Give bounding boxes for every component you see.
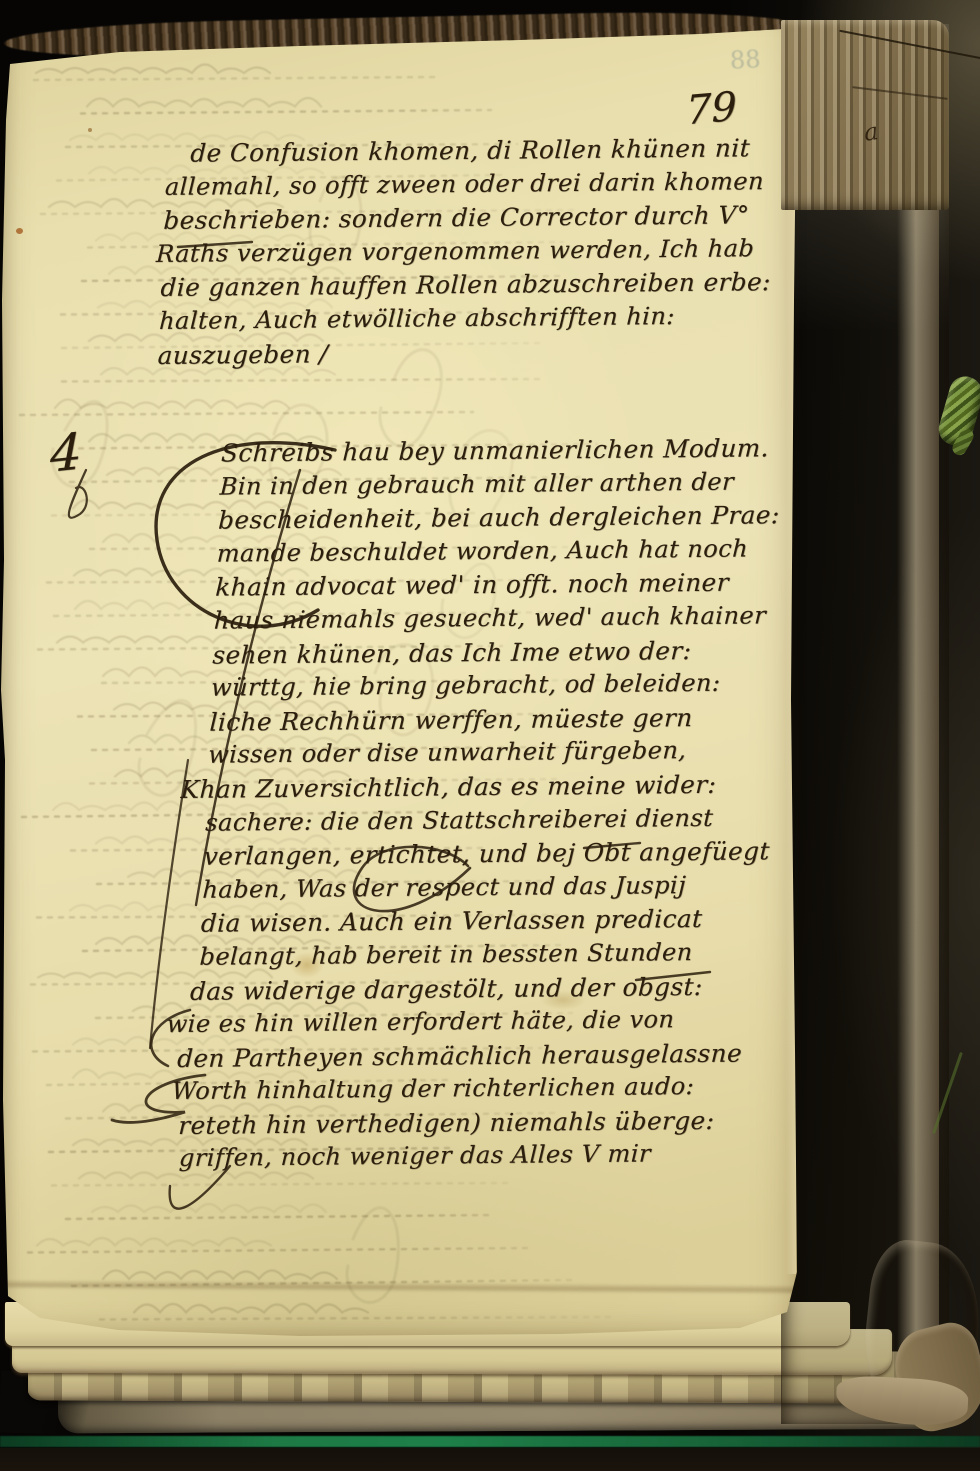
table-edge-stripe <box>0 1436 980 1447</box>
manuscript-line: Worth hinhaltung der richterlichen audo: <box>171 1070 760 1109</box>
manuscript-line: sehen khünen, das Ich Ime etwo der: <box>212 633 779 672</box>
rust-speck <box>88 128 92 132</box>
rust-speck <box>16 228 23 234</box>
margin-cross-mark: 4 <box>50 422 82 484</box>
paragraph-2: Schreibs hau bey unmanierlichen Modum. B… <box>190 431 788 1176</box>
manuscript-line: Khan Zuversichtlich, das es meine wider: <box>180 767 773 806</box>
manuscript-line: den Partheyen schmächlich herausgelassne <box>177 1036 762 1075</box>
manuscript-line: sachere: die den Stattschreiberei dienst <box>205 801 772 840</box>
manuscript-line: die ganzen hauffen Rollen abzuschreiben … <box>160 265 772 304</box>
pencil-foliation-mark: 88 <box>729 45 761 75</box>
manuscript-line: das widerige dargestölt, und der obgst: <box>189 969 764 1008</box>
manuscript-line: wie es hin willen erfordert häte, die vo… <box>166 1002 763 1041</box>
manuscript-line: belangt, hab bereit in bessten Stunden <box>199 935 766 974</box>
manuscript-line: khain advocat wed' in offt. noch meiner <box>215 566 782 605</box>
manuscript-line: Bin in den gebrauch mit aller arthen der <box>219 465 786 504</box>
manuscript-line: auszugeben / <box>157 333 769 372</box>
manuscript-page: 79 88 4 de Confusion khomen, di Rollen k… <box>0 0 810 1345</box>
manuscript-line: dia wisen. Auch ein Verlassen predicat <box>200 902 767 941</box>
page-number: 79 <box>686 84 738 135</box>
manuscript-line: Schreibs hau bey unmanierlichen Modum. <box>220 431 787 470</box>
manuscript-line: griffen, noch weniger das Alles V mir <box>178 1137 757 1176</box>
manuscript-line: wissen oder dise unwarheit fürgeben, <box>207 734 774 773</box>
manuscript-line: beschrieben: sondern die Corrector durch… <box>163 198 775 237</box>
manuscript-line: reteth hin verthedigen) niemahls überge: <box>178 1103 759 1142</box>
manuscript-line: bescheidenheit, bei auch dergleichen Pra… <box>218 498 785 537</box>
fore-edge-top-corner <box>781 20 949 210</box>
manuscript-line: verlangen, ertichtet, und bej Obt angefü… <box>203 834 770 873</box>
fore-edge-page-block <box>781 24 949 1424</box>
paragraph-1: de Confusion khomen, di Rollen khünen ni… <box>157 131 777 372</box>
manuscript-line: mande beschuldet worden, Auch hat noch <box>216 532 783 571</box>
manuscript-line: württg, hie bring gebracht, od beleiden: <box>210 666 777 705</box>
manuscript-photo: a 79 88 4 de Confusion khomen, di Rollen… <box>0 0 980 1471</box>
manuscript-line: liche Rechhürn werffen, müeste gern <box>209 700 776 739</box>
manuscript-line: de Confusion khomen, di Rollen khünen ni… <box>190 131 778 170</box>
manuscript-line: haben, Was der respect und das Juspij <box>202 868 769 907</box>
background-bottom <box>0 1448 980 1471</box>
manuscript-line: haus niemahls gesuecht, wed' auch khaine… <box>213 599 780 638</box>
